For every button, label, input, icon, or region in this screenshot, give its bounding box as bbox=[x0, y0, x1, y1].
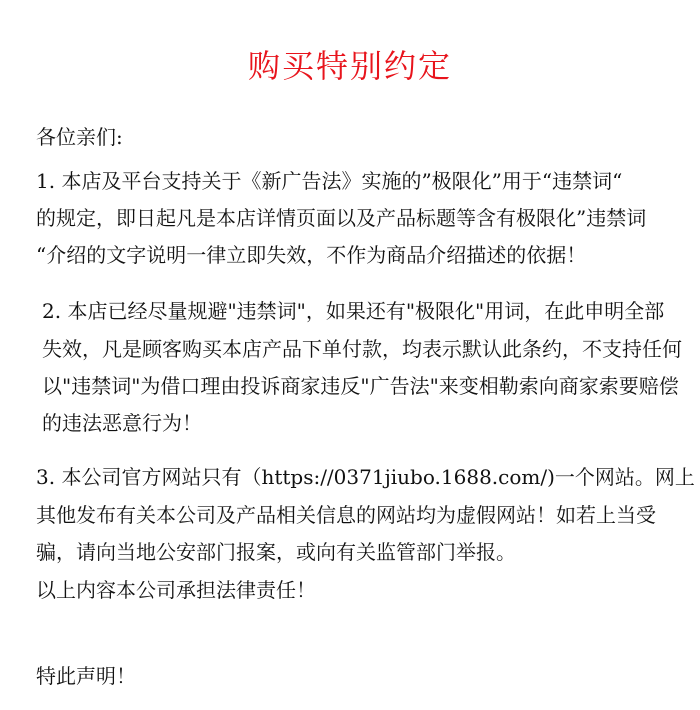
closing-statement: 特此声明！ bbox=[36, 662, 136, 690]
paragraph-2-line: 失效，凡是顾客购买本店产品下单付款，均表示默认此条约，不支持任何 bbox=[42, 335, 682, 363]
paragraph-2-line: 以"违禁词"为借口理由投诉商家违反"广告法"来变相勒索向商家索要赔偿 bbox=[42, 372, 679, 400]
paragraph-2-line: 的违法恶意行为！ bbox=[42, 409, 202, 437]
paragraph-3-line: 其他发布有关本公司及产品相关信息的网站均为虚假网站！如若上当受 bbox=[36, 501, 656, 529]
paragraph-2-line: 2. 本店已经尽量规避"违禁词"，如果还有"极限化"用词，在此申明全部 bbox=[42, 297, 664, 325]
document-title: 购买特别约定 bbox=[0, 44, 700, 88]
greeting: 各位亲们: bbox=[36, 123, 123, 151]
paragraph-3-line: 3. 本公司官方网站只有（https://0371jiubo.1688.com/… bbox=[36, 463, 695, 491]
paragraph-1-line: 1. 本店及平台支持关于《新广告法》实施的”极限化”用于“违禁词“ bbox=[36, 167, 622, 195]
paragraph-3-line: 骗，请向当地公安部门报案，或向有关监管部门举报。 bbox=[36, 538, 516, 566]
paragraph-1-line: “介绍的文字说明一律立即失效，不作为商品介绍描述的依据！ bbox=[36, 241, 586, 269]
paragraph-1-line: 的规定，即日起凡是本店详情页面以及产品标题等含有极限化”违禁词 bbox=[36, 204, 646, 232]
paragraph-3-line: 以上内容本公司承担法律责任！ bbox=[36, 576, 316, 604]
